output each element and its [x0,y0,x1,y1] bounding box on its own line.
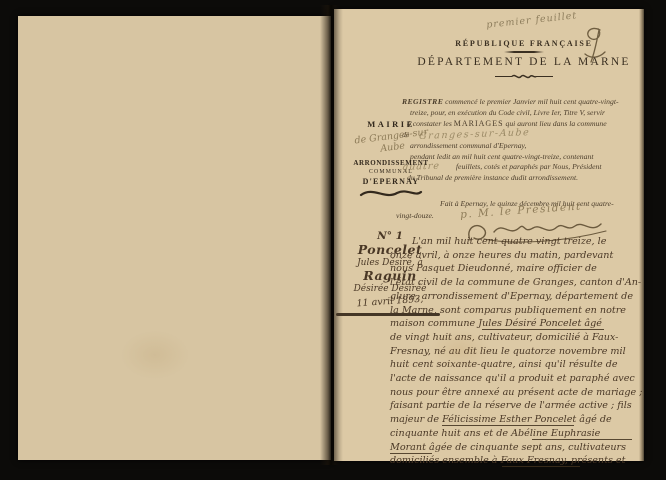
register-title-page: premier feuillet RÉPUBLIQUE FRANÇAISE DÉ… [334,9,644,461]
name-underline [442,425,574,426]
act-line: de vingt huit ans, cultivateur, domicili… [390,331,646,345]
page-header: RÉPUBLIQUE FRANÇAISE DÉPARTEMENT DE LA M… [398,39,650,86]
left-blank-page [18,16,331,460]
epernay-label: D'EPERNAY [346,177,436,186]
republique-title: RÉPUBLIQUE FRANÇAISE [398,39,650,48]
act-line: onze avril, à onze heures du matin, pard… [390,249,646,263]
departement-title: DÉPARTEMENT DE LA MARNE [398,56,650,68]
registre-line: treize, pour, en exécution du Code civil… [396,108,652,119]
communal-label: COMMUNAL [346,169,436,175]
handwritten-mairie-commune: de Granges-sur Aube [333,124,451,160]
act-line: l'état civil de la commune de Granges, c… [390,276,646,290]
divider-rule [504,51,544,53]
act-line: faisant partie de la réserve de l'armée … [390,399,646,413]
act-line: la Marne, sont comparus publiquement en … [390,304,646,318]
chain-ornament-icon [495,72,553,81]
act-line: l'acte de naissance qu'il a produit et p… [390,372,646,386]
name-underline [482,329,604,330]
scanned-register-page: premier feuillet RÉPUBLIQUE FRANÇAISE DÉ… [0,0,666,480]
act-body-handwriting: L'an mil huit cent quatre vingt treize, … [390,235,646,468]
act-line: Fresnay, né au dit lieu le quatorze nove… [390,345,646,359]
act-line: glure, arrondissement d'Epernay, départe… [390,290,646,304]
act-line: nous Pasquet Dieudonné, maire officier d… [390,262,646,276]
name-underline [502,466,580,467]
registre-line: REGISTRE commencé le premier Janvier mil… [396,97,652,108]
name-underline [532,439,632,440]
name-underline [390,453,432,454]
act-line: huit cent soixante-quatre, ainsi qu'il r… [390,358,646,372]
mariages-word: MARIAGES [454,119,504,128]
act-line: L'an mil huit cent quatre vingt treize, … [390,235,646,249]
mairie-margin-block: MAIRIE de Granges-sur Aube ARRONDISSEMEN… [346,119,436,205]
registre-word: REGISTRE [402,97,443,106]
act-line: nous pour être annexé au présent acte de… [390,386,646,400]
arrondissement-label: ARRONDISSEMENT [346,159,436,167]
